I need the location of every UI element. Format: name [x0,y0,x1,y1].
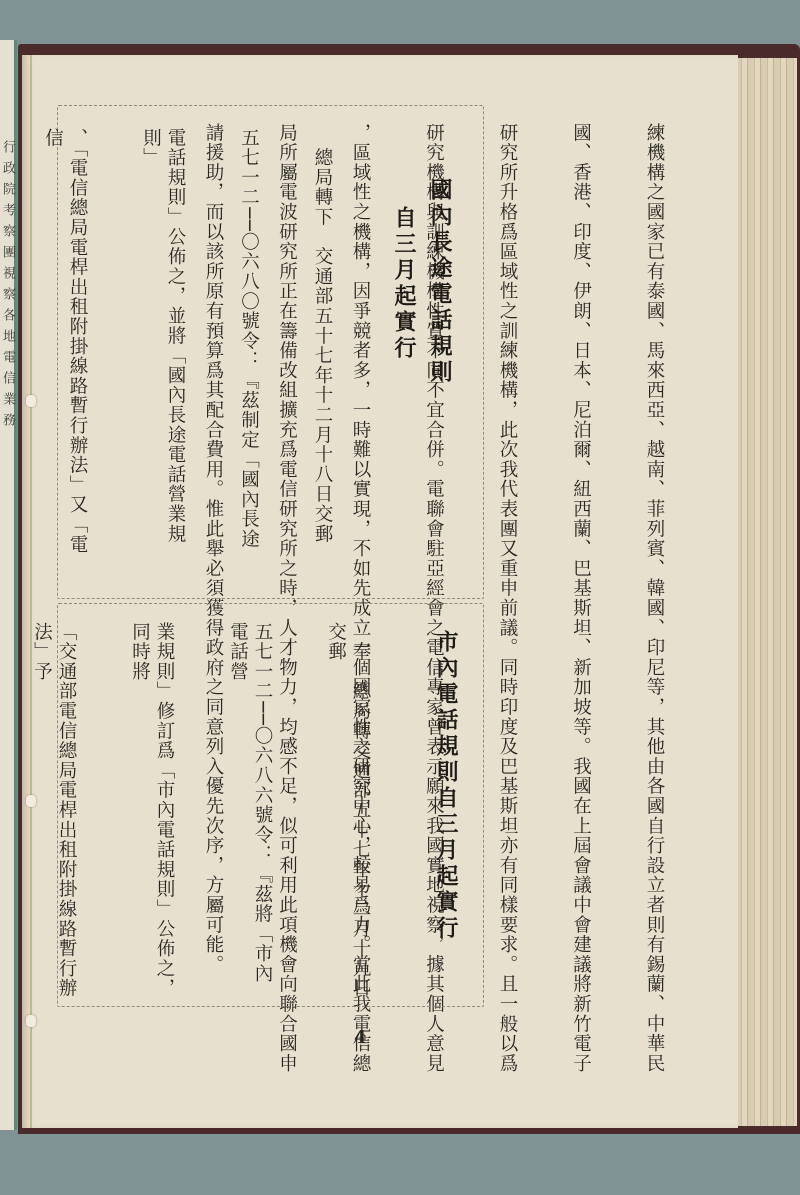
page-number: 4 [354,1027,367,1048]
text-line: 國、香港、印度、伊朗、日本、尼泊爾、紐西蘭、巴基斯坦、新加坡等。我國在上屆會議中… [568,123,593,1083]
article-1-body: 總局轉下 交通部五十七年十二月十八日交郵 五七一二──〇六八〇號令：『茲制定「國… [0,128,383,568]
page-fore-edge [735,58,797,1126]
text-line: 、「電信總局電桿出租附掛線路暫行辦法」又「電信 [40,128,89,568]
binding-hole [26,1015,36,1027]
text-line: 奉 總局轉交通部五十七年十二月十九日交郵 [323,622,372,1002]
continued-article-text: 練機構之國家已有泰國、馬來西亞、越南、菲列賓、韓國、印尼等，其他由各國自行設立者… [485,123,715,1083]
article-2-title: 市內電話規則自三月起實行 [431,630,461,942]
text-line: 五七一二──〇六八〇號令：『茲制定「國內長途 [236,128,261,568]
text-line: 研究所升格爲區域性之訓練機構，此次我代表團又重申前議。同時印度及巴基斯坦亦有同樣… [495,123,520,1083]
article-local-phone-box: 市內電話規則自三月起實行 奉 總局轉交通部五十七年十二月十九日交郵 五七一二──… [57,603,484,1007]
article-1-title: 國內長途電話規則 [425,178,455,386]
text-line: 五七一二──〇六八六號令：『茲將「市內電話營 [225,622,274,1002]
article-1-subtitle: 自三月起實行 [389,206,419,362]
article-long-distance-box: 國內長途電話規則 自三月起實行 總局轉下 交通部五十七年十二月十八日交郵 五七一… [57,105,484,599]
text-line: 總局轉下 交通部五十七年十二月十八日交郵 [310,128,335,568]
book-page: 練機構之國家已有泰國、馬來西亞、越南、菲列賓、韓國、印尼等，其他由各國自行設立者… [22,55,738,1128]
text-line: 練機構之國家已有泰國、馬來西亞、越南、菲列賓、韓國、印尼等，其他由各國自行設立者… [642,123,667,1083]
text-line: 業規則」修訂爲「市內電話規則」公佈之，同時將 [127,622,176,1002]
text-line: 電話規則」公佈之，並將「國內長途電話營業規則」 [138,128,187,568]
text-line: 「交通部電信總局電桿出租附掛線路暫行辦法」予 [29,622,78,1002]
article-2-body: 奉 總局轉交通部五十七年十二月十九日交郵 五七一二──〇六八六號令：『茲將「市內… [0,622,421,1002]
